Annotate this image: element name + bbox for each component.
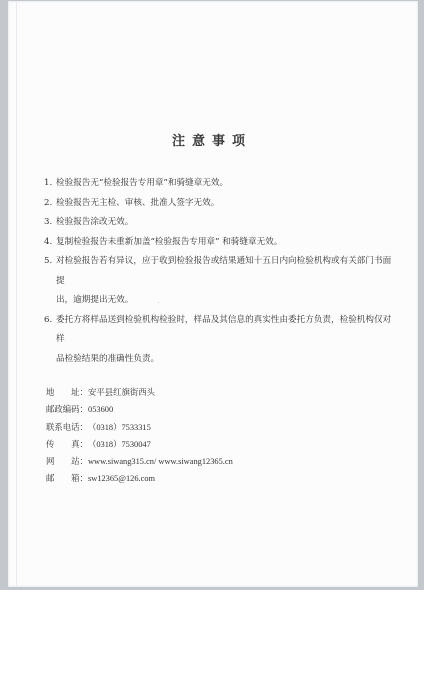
item-text: 检验报告无主检、审核、批准人签字无效。: [56, 198, 219, 208]
item-text-continuation: 品检验结果的准确性负责。: [56, 350, 394, 370]
notice-item: 4. 复制检验报告未重新加盖“检验报告专用章” 和骑缝章无效。: [44, 233, 394, 253]
item-number: 6.: [44, 311, 52, 331]
item-number: 5.: [44, 252, 52, 272]
notice-item: 5. 对检验报告若有异议，应于收到检验报告或结果通知十五日内向检验机构或有关部门…: [44, 252, 394, 311]
contact-value: 053600: [88, 405, 113, 414]
notice-list: 1. 检验报告无“检验报告专用章”和骑缝章无效。 2. 检验报告无主检、审核、批…: [44, 174, 394, 369]
page-title: 注意事项: [0, 130, 424, 149]
contact-postcode: 邮政编码：053600: [46, 401, 346, 418]
contact-address: 地 址：安平县红旗街西头: [46, 384, 346, 401]
contact-label: 邮政编码：: [46, 401, 88, 417]
notice-item: 1. 检验报告无“检验报告专用章”和骑缝章无效。: [44, 174, 394, 194]
notice-item: 2. 检验报告无主检、审核、批准人签字无效。: [44, 194, 394, 214]
page-edge: [16, 2, 17, 586]
contact-website: 网 站：www.siwang315.cn/ www.siwang12365.cn: [46, 453, 346, 470]
item-number: 4.: [44, 233, 52, 253]
contact-value: （0318）7533315: [88, 423, 151, 432]
item-text: 委托方将样品送到检验机构检验时，样品及其信息的真实性由委托方负责，检验机构仅对样: [56, 315, 391, 345]
item-text: 检验报告涂改无效。: [56, 217, 133, 227]
contact-email: 邮 箱：sw12365@126.com: [46, 470, 346, 487]
item-text: 复制检验报告未重新加盖“检验报告专用章” 和骑缝章无效。: [56, 237, 282, 247]
notice-item: 3. 检验报告涂改无效。: [44, 213, 394, 233]
item-number: 3.: [44, 213, 52, 233]
scan-speck: [158, 302, 159, 303]
item-number: 2.: [44, 194, 52, 214]
item-number: 1.: [44, 174, 52, 194]
contact-value: （0318）7530047: [88, 440, 151, 449]
contact-label: 联系电话：: [46, 419, 88, 435]
contact-value: www.siwang315.cn/ www.siwang12365.cn: [88, 457, 233, 466]
item-text: 对检验报告若有异议，应于收到检验报告或结果通知十五日内向检验机构或有关部门书面提: [56, 256, 391, 286]
contact-label: 地 址：: [46, 384, 88, 400]
contact-info: 地 址：安平县红旗街西头 邮政编码：053600 联系电话：（0318）7533…: [46, 384, 346, 488]
item-text-continuation: 出，逾期提出无效。: [56, 291, 394, 311]
item-text: 检验报告无“检验报告专用章”和骑缝章无效。: [56, 178, 228, 188]
contact-label: 邮 箱：: [46, 470, 88, 486]
notice-item: 6. 委托方将样品送到检验机构检验时，样品及其信息的真实性由委托方负责，检验机构…: [44, 311, 394, 370]
contact-label: 网 站：: [46, 453, 88, 469]
contact-value: 安平县红旗街西头: [88, 388, 155, 397]
contact-fax: 传 真：（0318）7530047: [46, 436, 346, 453]
contact-value: sw12365@126.com: [88, 474, 155, 483]
contact-phone: 联系电话：（0318）7533315: [46, 419, 346, 436]
contact-label: 传 真：: [46, 436, 88, 452]
